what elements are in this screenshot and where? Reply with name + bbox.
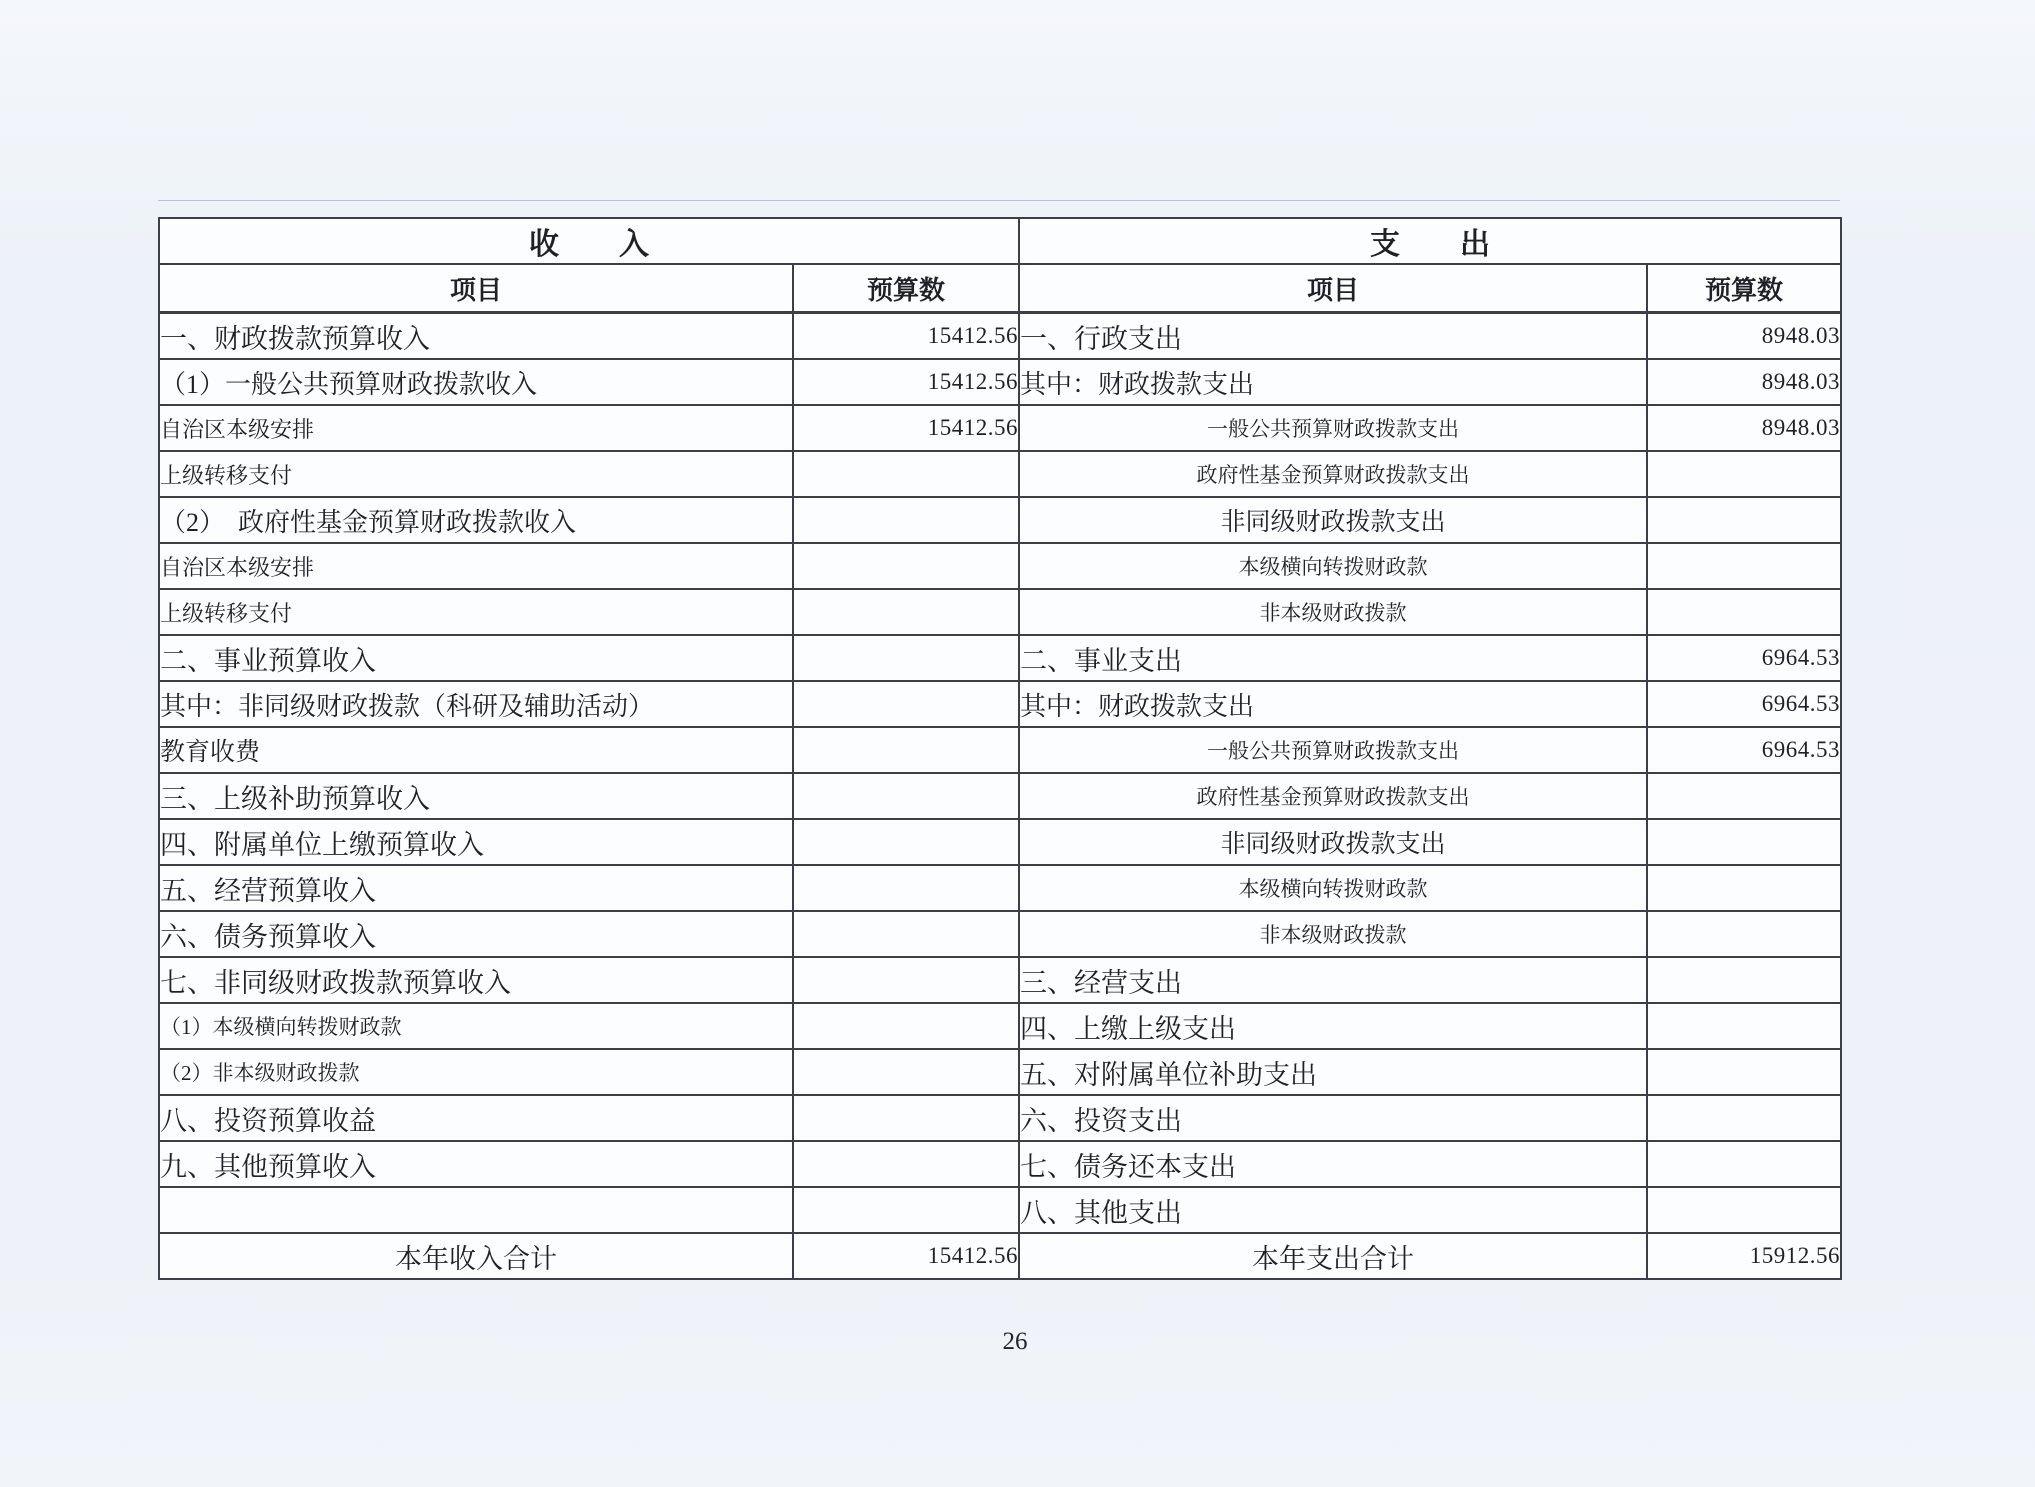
income-budget-cell: [793, 957, 1019, 1003]
expense-section-title: 支 出: [1019, 218, 1841, 264]
expense-budget-cell: [1647, 497, 1841, 543]
income-item-cell: （2） 政府性基金预算财政拨款收入: [159, 497, 793, 543]
expense-budget-cell: [1647, 451, 1841, 497]
table-row: 九、其他预算收入七、债务还本支出: [159, 1141, 1841, 1187]
income-budget-cell: 15412.56: [793, 313, 1019, 360]
income-budget-cell: [793, 911, 1019, 957]
income-item-cell: 上级转移支付: [159, 589, 793, 635]
expense-budget-cell: [1647, 773, 1841, 819]
expense-budget-cell: [1647, 1141, 1841, 1187]
expense-budget-cell: 8948.03: [1647, 405, 1841, 451]
expense-budget-cell: [1647, 1049, 1841, 1095]
income-item-cell: 六、债务预算收入: [159, 911, 793, 957]
table-row: 上级转移支付政府性基金预算财政拨款支出: [159, 451, 1841, 497]
income-item-cell: （1）本级横向转拨财政款: [159, 1003, 793, 1049]
expense-item-cell: 非本级财政拨款: [1019, 911, 1647, 957]
expense-item-cell: 本年支出合计: [1019, 1233, 1647, 1279]
column-header-row: 项目 预算数 项目 预算数: [159, 264, 1841, 313]
income-budget-cell: [793, 497, 1019, 543]
income-budget-cell: [793, 1141, 1019, 1187]
expense-budget-cell: 6964.53: [1647, 635, 1841, 681]
expense-item-header: 项目: [1019, 264, 1647, 313]
document-page: 收 入 支 出 项目 预算数 项目 预算数 一、财政拨款预算收入15412.56…: [0, 0, 2035, 1487]
expense-item-cell: 三、经营支出: [1019, 957, 1647, 1003]
income-item-cell: 本年收入合计: [159, 1233, 793, 1279]
expense-budget-cell: [1647, 543, 1841, 589]
table-row: 自治区本级安排15412.56一般公共预算财政拨款支出8948.03: [159, 405, 1841, 451]
income-budget-cell: [793, 1187, 1019, 1233]
expense-budget-cell: [1647, 819, 1841, 865]
income-budget-cell: [793, 589, 1019, 635]
income-budget-cell: [793, 451, 1019, 497]
table-row: 二、事业预算收入二、事业支出6964.53: [159, 635, 1841, 681]
income-budget-header: 预算数: [793, 264, 1019, 313]
income-section-title: 收 入: [159, 218, 1019, 264]
income-budget-cell: [793, 543, 1019, 589]
expense-item-cell: 二、事业支出: [1019, 635, 1647, 681]
expense-budget-cell: 6964.53: [1647, 727, 1841, 773]
income-item-header: 项目: [159, 264, 793, 313]
income-item-cell: 三、上级补助预算收入: [159, 773, 793, 819]
expense-item-cell: 其中：财政拨款支出: [1019, 359, 1647, 405]
expense-budget-cell: 15912.56: [1647, 1233, 1841, 1279]
expense-item-cell: 一般公共预算财政拨款支出: [1019, 405, 1647, 451]
expense-item-cell: 非本级财政拨款: [1019, 589, 1647, 635]
expense-budget-cell: 6964.53: [1647, 681, 1841, 727]
table-row: 六、债务预算收入非本级财政拨款: [159, 911, 1841, 957]
table-row: 八、投资预算收益六、投资支出: [159, 1095, 1841, 1141]
income-item-cell: 七、非同级财政拨款预算收入: [159, 957, 793, 1003]
table-row: 一、财政拨款预算收入15412.56一、行政支出8948.03: [159, 313, 1841, 360]
income-budget-cell: [793, 727, 1019, 773]
expense-budget-cell: [1647, 911, 1841, 957]
income-item-cell: 其中：非同级财政拨款（科研及辅助活动）: [159, 681, 793, 727]
income-item-cell: （1）一般公共预算财政拨款收入: [159, 359, 793, 405]
expense-item-cell: 政府性基金预算财政拨款支出: [1019, 451, 1647, 497]
income-item-cell: 自治区本级安排: [159, 405, 793, 451]
table-row: 七、非同级财政拨款预算收入三、经营支出: [159, 957, 1841, 1003]
income-budget-cell: [793, 819, 1019, 865]
income-item-cell: 教育收费: [159, 727, 793, 773]
table-row: （1）一般公共预算财政拨款收入15412.56其中：财政拨款支出8948.03: [159, 359, 1841, 405]
income-budget-cell: 15412.56: [793, 405, 1019, 451]
income-budget-cell: 15412.56: [793, 1233, 1019, 1279]
expense-item-cell: 非同级财政拨款支出: [1019, 497, 1647, 543]
income-item-cell: 四、附属单位上缴预算收入: [159, 819, 793, 865]
expense-item-cell: 本级横向转拨财政款: [1019, 865, 1647, 911]
expense-budget-cell: [1647, 589, 1841, 635]
table-row: 自治区本级安排本级横向转拨财政款: [159, 543, 1841, 589]
expense-item-cell: 一般公共预算财政拨款支出: [1019, 727, 1647, 773]
income-item-cell: 上级转移支付: [159, 451, 793, 497]
expense-budget-cell: [1647, 1003, 1841, 1049]
income-item-cell: 九、其他预算收入: [159, 1141, 793, 1187]
table-row: 上级转移支付非本级财政拨款: [159, 589, 1841, 635]
expense-budget-cell: [1647, 1187, 1841, 1233]
income-budget-cell: [793, 1095, 1019, 1141]
budget-table: 收 入 支 出 项目 预算数 项目 预算数 一、财政拨款预算收入15412.56…: [158, 217, 1842, 1280]
income-item-cell: [159, 1187, 793, 1233]
income-budget-cell: [793, 1049, 1019, 1095]
income-item-cell: 五、经营预算收入: [159, 865, 793, 911]
table-row: 四、附属单位上缴预算收入非同级财政拨款支出: [159, 819, 1841, 865]
income-budget-cell: [793, 635, 1019, 681]
expense-item-cell: 政府性基金预算财政拨款支出: [1019, 773, 1647, 819]
table-row: （1）本级横向转拨财政款四、上缴上级支出: [159, 1003, 1841, 1049]
income-budget-cell: [793, 773, 1019, 819]
table-row: 三、上级补助预算收入政府性基金预算财政拨款支出: [159, 773, 1841, 819]
income-budget-cell: [793, 865, 1019, 911]
expense-item-cell: 八、其他支出: [1019, 1187, 1647, 1233]
expense-item-cell: 一、行政支出: [1019, 313, 1647, 360]
page-number: 26: [960, 1328, 1070, 1356]
table-row: （2）非本级财政拨款五、对附属单位补助支出: [159, 1049, 1841, 1095]
expense-item-cell: 本级横向转拨财政款: [1019, 543, 1647, 589]
table-row: 教育收费一般公共预算财政拨款支出6964.53: [159, 727, 1841, 773]
top-rule-line: [158, 200, 1840, 201]
table-row: 本年收入合计15412.56本年支出合计15912.56: [159, 1233, 1841, 1279]
income-item-cell: （2）非本级财政拨款: [159, 1049, 793, 1095]
income-budget-cell: [793, 1003, 1019, 1049]
expense-budget-cell: 8948.03: [1647, 359, 1841, 405]
income-item-cell: 二、事业预算收入: [159, 635, 793, 681]
income-item-cell: 一、财政拨款预算收入: [159, 313, 793, 360]
expense-item-cell: 七、债务还本支出: [1019, 1141, 1647, 1187]
expense-item-cell: 非同级财政拨款支出: [1019, 819, 1647, 865]
expense-item-cell: 四、上缴上级支出: [1019, 1003, 1647, 1049]
expense-budget-cell: [1647, 865, 1841, 911]
income-item-cell: 自治区本级安排: [159, 543, 793, 589]
expense-budget-cell: [1647, 1095, 1841, 1141]
expense-budget-header: 预算数: [1647, 264, 1841, 313]
income-item-cell: 八、投资预算收益: [159, 1095, 793, 1141]
table-row: 其中：非同级财政拨款（科研及辅助活动）其中：财政拨款支出6964.53: [159, 681, 1841, 727]
table-row: 五、经营预算收入本级横向转拨财政款: [159, 865, 1841, 911]
expense-item-cell: 五、对附属单位补助支出: [1019, 1049, 1647, 1095]
expense-item-cell: 其中：财政拨款支出: [1019, 681, 1647, 727]
expense-item-cell: 六、投资支出: [1019, 1095, 1647, 1141]
income-budget-cell: 15412.56: [793, 359, 1019, 405]
section-title-row: 收 入 支 出: [159, 218, 1841, 264]
expense-budget-cell: 8948.03: [1647, 313, 1841, 360]
table-row: （2） 政府性基金预算财政拨款收入非同级财政拨款支出: [159, 497, 1841, 543]
expense-budget-cell: [1647, 957, 1841, 1003]
income-budget-cell: [793, 681, 1019, 727]
table-row: 八、其他支出: [159, 1187, 1841, 1233]
